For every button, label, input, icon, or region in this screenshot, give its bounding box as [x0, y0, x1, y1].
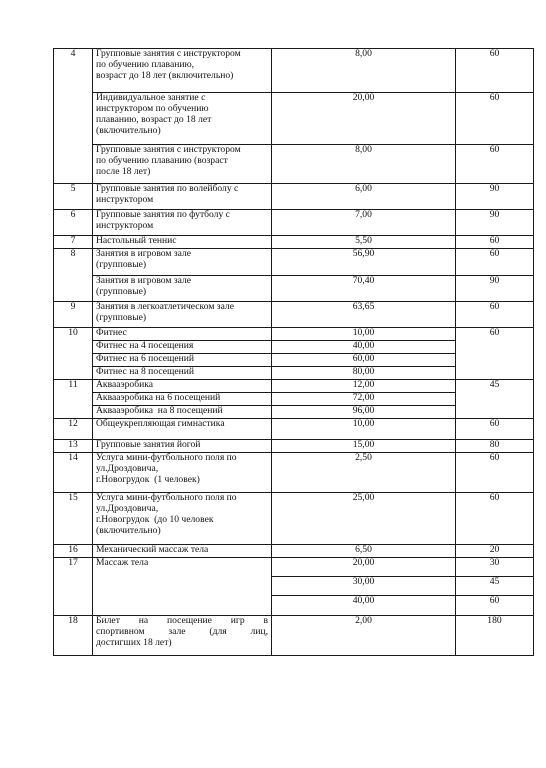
row-number: 15 [54, 493, 93, 545]
name-line: (групповые) [96, 313, 268, 324]
service-name: Аквааэробика на 8 посещений [93, 406, 272, 419]
duration-cell: 60 [456, 49, 534, 93]
price-cell: 2,50 [272, 453, 456, 493]
table-row: 12 Общеукрепляющая гимнастика 10,00 60 [54, 419, 534, 440]
duration-cell: 90 [456, 210, 534, 236]
price-cell: 20,00 [272, 558, 456, 577]
duration-cell: 20 [456, 545, 534, 558]
price-cell: 40,00 [272, 596, 456, 616]
row-number: 14 [54, 453, 93, 493]
row-number: 17 [54, 558, 93, 616]
document-page: 4 Групповые занятия с инструкторомпо обу… [0, 0, 546, 768]
service-name: Групповые занятия с инструкторомпо обуче… [93, 145, 272, 184]
service-name: Фитнес [93, 328, 272, 341]
price-cell: 6,00 [272, 184, 456, 210]
price-cell: 30,00 [272, 577, 456, 596]
table-row: 7 Настольный теннис 5,50 60 [54, 236, 534, 249]
service-name: Фитнес на 6 посещений [93, 354, 272, 367]
service-name: Настольный теннис [93, 236, 272, 249]
service-name: Массаж тела [93, 558, 272, 616]
duration-cell: 180 [456, 616, 534, 656]
row-number: 8 [54, 249, 93, 302]
name-line: после 18 лет) [96, 167, 268, 178]
service-name: Билет на посещение игр вспортивном зале … [93, 616, 272, 656]
duration-cell: 90 [456, 276, 534, 302]
table-row: 14 Услуга мини-футбольного поля поул.Дро… [54, 453, 534, 493]
row-number: 10 [54, 328, 93, 380]
service-name: Занятия в игровом зале(групповые) [93, 249, 272, 276]
name-line: (групповые) [96, 287, 268, 298]
duration-cell: 60 [456, 93, 534, 145]
row-number: 4 [54, 49, 93, 184]
price-table: 4 Групповые занятия с инструкторомпо обу… [53, 48, 534, 656]
price-cell: 10,00 [272, 419, 456, 440]
name-line: инструктором [96, 195, 268, 206]
duration-cell: 60 [456, 145, 534, 184]
table-row: 4 Групповые занятия с инструкторомпо обу… [54, 49, 534, 93]
duration-cell: 60 [456, 328, 534, 380]
price-cell: 63,65 [272, 302, 456, 328]
name-line: достигших 18 лет) [96, 638, 268, 649]
duration-cell: 80 [456, 440, 534, 453]
price-cell: 5,50 [272, 236, 456, 249]
name-line: (включительно) [96, 526, 268, 537]
table-row: 10 Фитнес 10,00 60 [54, 328, 534, 341]
table-row: 9 Занятия в легкоатлетическом зале(групп… [54, 302, 534, 328]
table-row: Занятия в игровом зале(групповые) 70,40 … [54, 276, 534, 302]
service-name: Занятия в игровом зале(групповые) [93, 276, 272, 302]
duration-cell: 30 [456, 558, 534, 577]
duration-cell: 60 [456, 493, 534, 545]
row-number: 18 [54, 616, 93, 656]
price-cell: 20,00 [272, 93, 456, 145]
service-name: Фитнес на 8 посещений [93, 367, 272, 380]
duration-cell: 45 [456, 577, 534, 596]
row-number: 9 [54, 302, 93, 328]
duration-cell: 60 [456, 302, 534, 328]
service-name: Фитнес на 4 посещения [93, 341, 272, 354]
price-cell: 40,00 [272, 341, 456, 354]
table-row: 18 Билет на посещение игр вспортивном за… [54, 616, 534, 656]
table-row: 17 Массаж тела 20,00 30 [54, 558, 534, 577]
table-row: 8 Занятия в игровом зале(групповые) 56,9… [54, 249, 534, 276]
name-line: г.Новогрудок (1 человек) [96, 475, 268, 486]
name-line: возраст до 18 лет (включительно) [96, 71, 268, 82]
name-line: (групповые) [96, 260, 268, 271]
row-number: 12 [54, 419, 93, 440]
price-cell: 10,00 [272, 328, 456, 341]
service-name: Услуга мини-футбольного поля поул.Дроздо… [93, 453, 272, 493]
service-name: Механический массаж тела [93, 545, 272, 558]
service-name: Услуга мини-футбольного поля поул.Дроздо… [93, 493, 272, 545]
duration-cell: 45 [456, 380, 534, 419]
duration-cell: 60 [456, 596, 534, 616]
price-cell: 60,00 [272, 354, 456, 367]
price-cell: 8,00 [272, 145, 456, 184]
duration-cell: 60 [456, 249, 534, 276]
service-name: Общеукрепляющая гимнастика [93, 419, 272, 440]
row-number: 11 [54, 380, 93, 419]
name-line: (включительно) [96, 126, 268, 137]
table-row: 6 Групповые занятия по футболу синструкт… [54, 210, 534, 236]
duration-cell: 60 [456, 419, 534, 440]
duration-cell: 60 [456, 453, 534, 493]
table-row: Индивидуальное занятие синструктором по … [54, 93, 534, 145]
price-cell: 96,00 [272, 406, 456, 419]
price-cell: 2,00 [272, 616, 456, 656]
price-cell: 56,90 [272, 249, 456, 276]
service-name: Групповые занятия йогой [93, 440, 272, 453]
row-number: 7 [54, 236, 93, 249]
price-cell: 15,00 [272, 440, 456, 453]
price-cell: 72,00 [272, 393, 456, 406]
service-name: Аквааэробика на 6 посещений [93, 393, 272, 406]
table-row: 15 Услуга мини-футбольного поля поул.Дро… [54, 493, 534, 545]
duration-cell: 60 [456, 236, 534, 249]
price-cell: 80,00 [272, 367, 456, 380]
name-line: инструктором [96, 221, 268, 232]
price-cell: 70,40 [272, 276, 456, 302]
service-name: Групповые занятия по футболу синструктор… [93, 210, 272, 236]
service-name: Групповые занятия с инструкторомпо обуче… [93, 49, 272, 93]
price-cell: 7,00 [272, 210, 456, 236]
row-number: 5 [54, 184, 93, 210]
price-cell: 8,00 [272, 49, 456, 93]
table-row: Групповые занятия с инструкторомпо обуче… [54, 145, 534, 184]
table-row: 13 Групповые занятия йогой 15,00 80 [54, 440, 534, 453]
table-row: 16 Механический массаж тела 6,50 20 [54, 545, 534, 558]
duration-cell: 90 [456, 184, 534, 210]
service-name: Аквааэробика [93, 380, 272, 393]
price-cell: 12,00 [272, 380, 456, 393]
row-number: 13 [54, 440, 93, 453]
service-name: Индивидуальное занятие синструктором по … [93, 93, 272, 145]
table-row: 11 Аквааэробика 12,00 45 [54, 380, 534, 393]
price-cell: 25,00 [272, 493, 456, 545]
row-number: 6 [54, 210, 93, 236]
price-cell: 6,50 [272, 545, 456, 558]
row-number: 16 [54, 545, 93, 558]
service-name: Занятия в легкоатлетическом зале(группов… [93, 302, 272, 328]
service-name: Групповые занятия по волейболу синструкт… [93, 184, 272, 210]
table-row: 5 Групповые занятия по волейболу синстру… [54, 184, 534, 210]
